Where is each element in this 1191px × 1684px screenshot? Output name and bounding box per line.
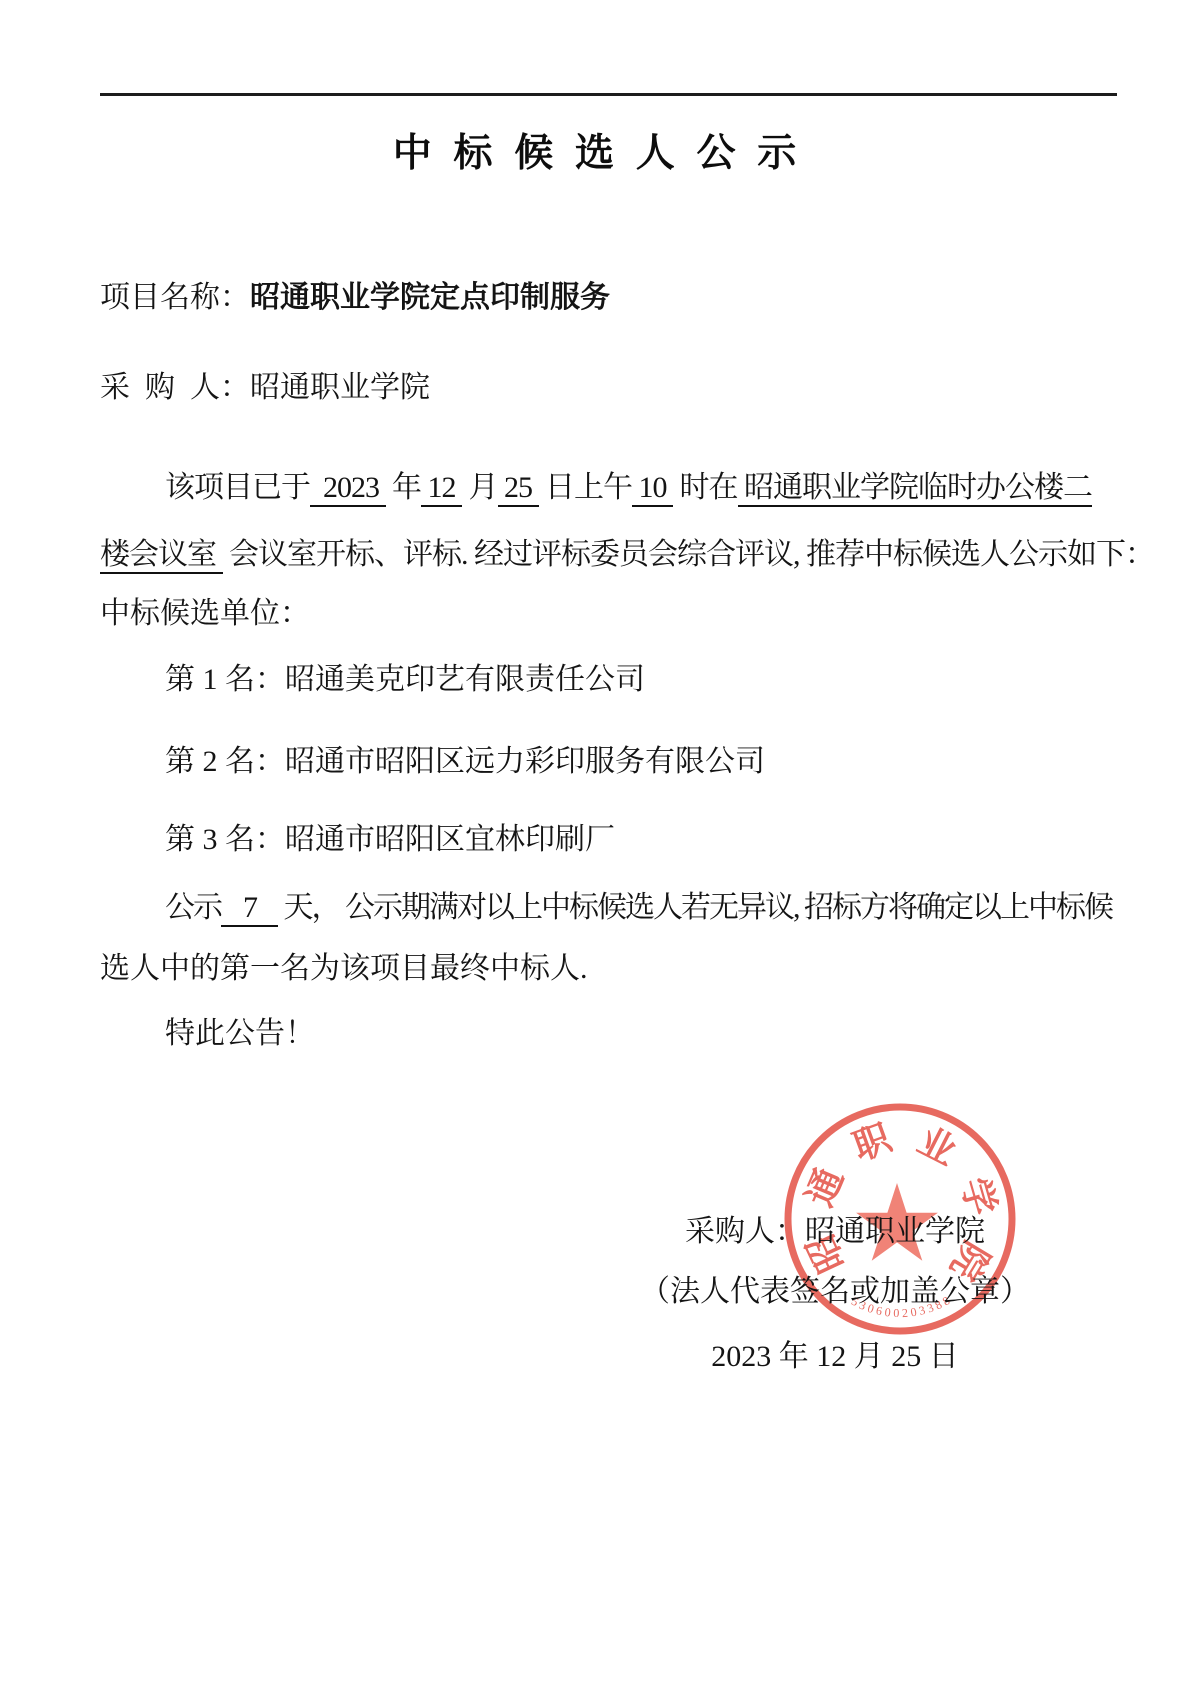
p4-days-underlined: 7 <box>221 891 278 927</box>
p1-month-underlined: 12 <box>421 471 462 507</box>
p2-text: 会议室开标、评标. 经过评标委员会综合评议, 推荐中标候选人公示如下： <box>223 538 1155 571</box>
seal-char-ye: 业 <box>911 1121 963 1174</box>
p1-at: 时在 <box>673 471 738 504</box>
p1-text: 该项目已于 <box>165 471 310 504</box>
candidate-1: 第 1 名：昭通美克印艺有限责任公司 <box>165 662 645 698</box>
document-page: 中 标 候 选 人 公 示 项目名称：昭通职业学院定点印制服务 采 购 人：昭通… <box>0 0 1191 1684</box>
p2-place-underlined: 楼会议室 <box>100 538 223 574</box>
page-title: 中 标 候 选 人 公 示 <box>0 122 1191 178</box>
project-name-value: 昭通职业学院定点印制服务 <box>250 281 610 314</box>
candidates-heading: 中标候选单位： <box>100 596 310 632</box>
p4-text-b: 天， 公示期满对以上中标候选人若无异议, 招标方将确定以上中标候 <box>278 891 1112 924</box>
buyer-line: 采 购 人：昭通职业学院 <box>100 370 430 406</box>
signature-buyer-line: 采购人：昭通职业学院 <box>600 1206 1070 1250</box>
project-name-label: 项目名称： <box>100 281 250 314</box>
candidate-2: 第 2 名：昭通市昭阳区远力彩印服务有限公司 <box>165 744 765 780</box>
seal-char-tong: 通 <box>799 1162 852 1212</box>
p1-place-underlined: 昭通职业学院临时办公楼二 <box>738 471 1093 507</box>
p1-year-unit: 年 <box>386 471 422 504</box>
buyer-value: 昭通职业学院 <box>250 371 430 404</box>
candidate-3: 第 3 名：昭通市昭阳区宜林印刷厂 <box>165 822 615 858</box>
p1-year-underlined: 2023 <box>310 471 386 507</box>
p1-day-unit: 日上午 <box>539 471 633 504</box>
opening-paragraph-line1: 该项目已于 2023 年 12 月 25 日上午 10 时在 昭通职业学院临时办… <box>165 470 1092 506</box>
signature-note-line: （法人代表签名或加盖公章） <box>600 1266 1070 1310</box>
project-name-line: 项目名称：昭通职业学院定点印制服务 <box>100 280 610 316</box>
seal-char-zhi: 职 <box>848 1116 898 1168</box>
buyer-label: 采 购 人： <box>100 371 250 404</box>
p4-text-a: 公示 <box>165 891 221 924</box>
publicity-paragraph-line1: 公示 7 天， 公示期满对以上中标候选人若无异议, 招标方将确定以上中标候 <box>165 890 1112 926</box>
p1-hour-underlined: 10 <box>632 471 673 507</box>
opening-paragraph-line2: 楼会议室 会议室开标、评标. 经过评标委员会综合评议, 推荐中标候选人公示如下： <box>100 537 1154 573</box>
publicity-paragraph-line2: 选人中的第一名为该项目最终中标人. <box>100 951 588 987</box>
signature-date-line: 2023 年 12 月 25 日 <box>600 1331 1070 1375</box>
closing-announcement: 特此公告！ <box>165 1016 315 1052</box>
p1-month-unit: 月 <box>462 471 498 504</box>
p1-day-underlined: 25 <box>498 471 539 507</box>
header-rule <box>100 93 1117 96</box>
